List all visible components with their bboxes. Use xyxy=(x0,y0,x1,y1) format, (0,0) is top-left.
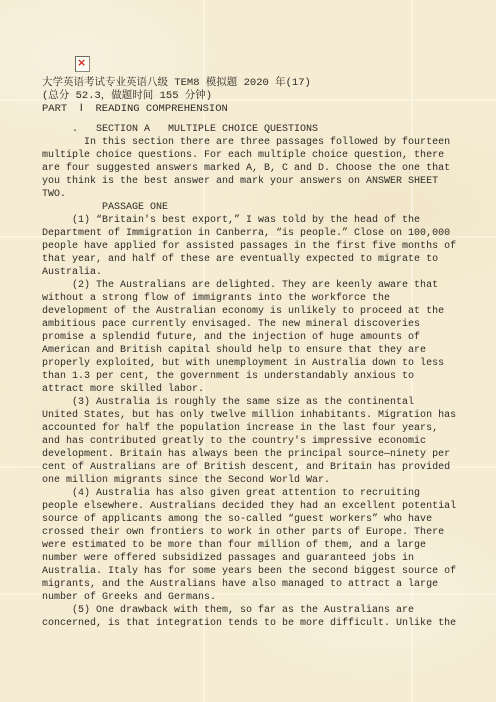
document-content: × 大学英语考试专业英语八级 TEM8 模拟题 2020 年(17) (总分 5… xyxy=(42,56,462,630)
passage-one-label: PASSAGE ONE xyxy=(42,201,462,214)
exam-title: 大学英语考试专业英语八级 TEM8 模拟题 2020 年(17) xyxy=(42,77,462,90)
reading-section: . SECTION A MULTIPLE CHOICE QUESTIONS In… xyxy=(42,123,462,630)
passage-paragraph-1: (1) “Britain's best export,” I was told … xyxy=(42,214,462,279)
passage-paragraph-3: (3) Australia is roughly the same size a… xyxy=(42,396,462,487)
exam-meta: (总分 52.3，做题时间 155 分钟) xyxy=(42,90,462,103)
section-a-heading: . SECTION A MULTIPLE CHOICE QUESTIONS xyxy=(42,123,462,136)
passage-paragraph-2: (2) The Australians are delighted. They … xyxy=(42,279,462,396)
passage-paragraph-5: (5) One drawback with them, so far as th… xyxy=(42,604,462,630)
broken-image-icon: × xyxy=(75,56,90,72)
red-x-icon: × xyxy=(77,56,86,70)
section-a-instructions: In this section there are three passages… xyxy=(42,136,462,201)
exam-document-page: × 大学英语考试专业英语八级 TEM8 模拟题 2020 年(17) (总分 5… xyxy=(0,0,496,702)
passage-paragraph-4: (4) Australia has also given great atten… xyxy=(42,487,462,604)
part-heading: PART Ⅰ READING COMPREHENSION xyxy=(42,103,462,116)
